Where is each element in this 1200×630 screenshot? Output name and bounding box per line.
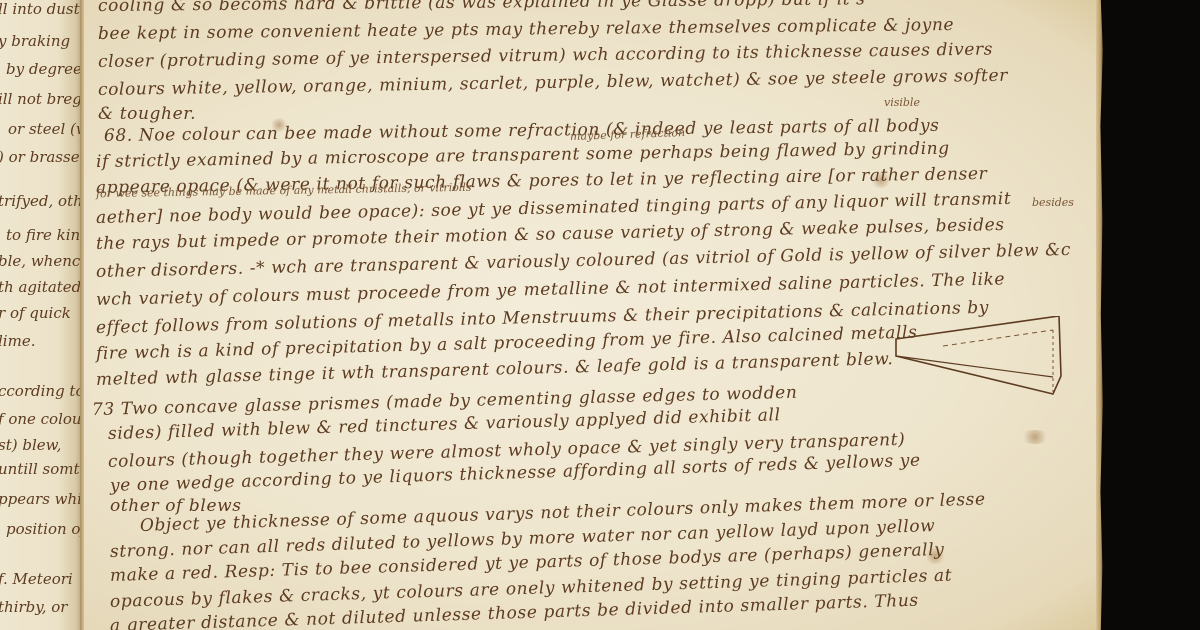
left-page-line: position of — [6, 520, 82, 538]
manuscript-line: & tougher. — [98, 104, 196, 124]
left-page-line: ccording to — [0, 382, 82, 400]
left-page-line: ill not breg — [0, 90, 82, 108]
ink-stain — [1020, 430, 1050, 444]
prism-wedge-sketch — [893, 316, 1073, 406]
left-page-line: ppears whit — [0, 490, 82, 508]
left-page-line: thirby, or — [0, 598, 67, 616]
interlinear-note: visible — [884, 96, 920, 109]
left-page-line: or steel (w — [8, 120, 82, 138]
left-page-line: f one colour — [0, 410, 82, 428]
page-edge — [1096, 0, 1104, 630]
left-page-line: ble, whence — [0, 252, 82, 270]
left-page-line: to fire kinds — [6, 226, 82, 244]
left-page-line: by degrees — [6, 60, 82, 78]
interlinear-note: besides — [1032, 196, 1074, 209]
left-page-line: ) or brasse — [0, 148, 80, 166]
left-page-line: untill somtim — [0, 460, 82, 478]
left-page-line: lime. — [0, 332, 35, 350]
left-page-line: th agitated. — [0, 278, 82, 296]
left-page-line: r of quick — [0, 304, 71, 322]
left-page-line: y braking — [0, 32, 70, 50]
left-page-line: f. Meteori — [0, 570, 73, 588]
left-page-line: st) blew, — [0, 436, 61, 454]
left-page-line: trifyed, oth — [0, 192, 82, 210]
left-page: ll into dust y braking by degrees ill no… — [0, 0, 82, 630]
left-page-line: ll into dust — [0, 0, 80, 18]
